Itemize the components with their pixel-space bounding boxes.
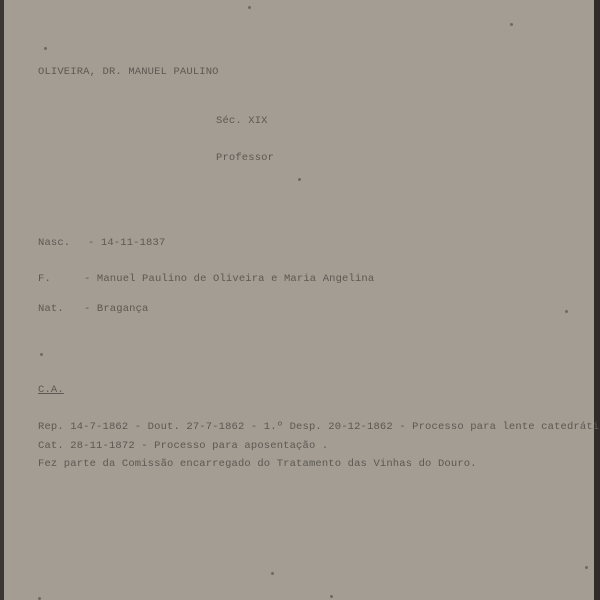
career-line: Fez parte da Comissão encarregado do Tra… [38,458,477,470]
paper-speck [330,595,333,598]
section-heading-ca: C.A. [38,384,64,396]
birth-label: Nasc. [38,237,70,249]
paper-speck [565,310,568,313]
parents-label: F. [38,273,51,285]
paper-speck [510,23,513,26]
record-century: Séc. XIX [216,115,268,127]
birthplace-label: Nat. [38,303,64,315]
paper-speck [248,6,251,9]
birth-value: - 14-11-1837 [88,237,165,249]
career-line: Cat. 28-11-1872 - Processo para aposenta… [38,440,328,452]
paper-speck [40,353,43,356]
record-name-header: OLIVEIRA, DR. MANUEL PAULINO [38,66,219,78]
paper-speck [298,178,301,181]
paper-speck [44,47,47,50]
parents-value: - Manuel Paulino de Oliveira e Maria Ang… [84,273,374,285]
career-line: Rep. 14-7-1862 - Dout. 27-7-1862 - 1.º D… [38,421,600,433]
paper-speck [585,566,588,569]
paper-speck [271,572,274,575]
archive-record-card: OLIVEIRA, DR. MANUEL PAULINO Séc. XIX Pr… [0,0,600,600]
birthplace-value: - Bragança [84,303,149,315]
card-left-edge [0,0,4,600]
card-right-edge [594,0,600,600]
record-occupation: Professor [216,152,274,164]
